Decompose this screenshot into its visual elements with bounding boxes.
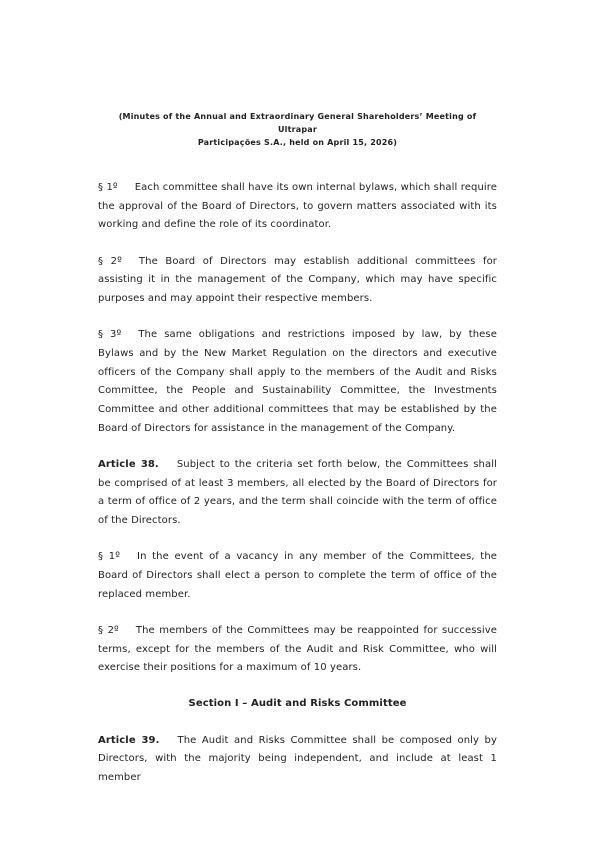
document-header: (Minutes of the Annual and Extraordinary… xyxy=(98,110,497,149)
paragraph-sec1-2: § 2ºThe Board of Directors may establish… xyxy=(98,253,497,309)
paragraph-article-38: Article 38.Subject to the criteria set f… xyxy=(98,456,497,531)
paragraph-sec1-3: § 3ºThe same obligations and restriction… xyxy=(98,326,497,438)
paragraph-art38-sec1: § 1ºIn the event of a vacancy in any mem… xyxy=(98,548,497,604)
paragraph-text: The same obligations and restrictions im… xyxy=(98,329,497,434)
article-38-label: Article 38. xyxy=(98,459,159,470)
header-line-1: (Minutes of the Annual and Extraordinary… xyxy=(98,110,497,136)
document-body: § 1ºEach committee shall have its own in… xyxy=(98,179,497,805)
paragraph-art38-sec2: § 2ºThe members of the Committees may be… xyxy=(98,622,497,678)
paragraph-text: The members of the Committees may be rea… xyxy=(98,625,497,673)
document-page: (Minutes of the Annual and Extraordinary… xyxy=(0,0,595,842)
paragraph-label: § 2º xyxy=(98,256,122,267)
paragraph-label: § 1º xyxy=(98,182,118,193)
paragraph-text: Each committee shall have its own intern… xyxy=(98,182,497,230)
paragraph-label: § 3º xyxy=(98,329,121,340)
section-heading: Section I – Audit and Risks Committee xyxy=(98,695,497,714)
paragraph-label: § 1º xyxy=(98,551,120,562)
paragraph-article-39: Article 39.The Audit and Risks Committee… xyxy=(98,732,497,788)
article-39-label: Article 39. xyxy=(98,735,160,746)
header-line-2: Participações S.A., held on April 15, 20… xyxy=(98,136,497,149)
paragraph-sec1-1: § 1ºEach committee shall have its own in… xyxy=(98,179,497,235)
paragraph-text: In the event of a vacancy in any member … xyxy=(98,551,497,599)
paragraph-text: The Board of Directors may establish add… xyxy=(98,256,497,304)
paragraph-label: § 2º xyxy=(98,625,119,636)
